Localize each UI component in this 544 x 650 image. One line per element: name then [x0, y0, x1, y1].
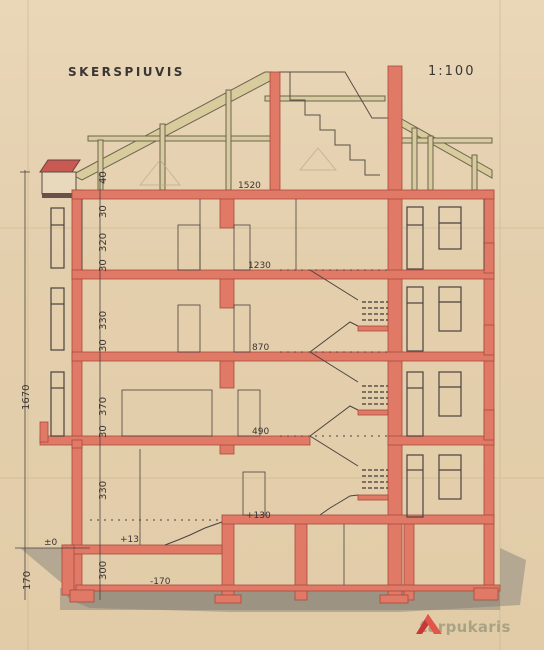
- dim-basement-depth: 170: [22, 571, 33, 590]
- windows-right: [407, 207, 461, 517]
- ground-shading: [20, 548, 526, 612]
- dim-slab-2: 30: [98, 339, 109, 352]
- dim-slab-top: 30: [98, 205, 109, 218]
- attic-stair: [278, 72, 388, 175]
- dim-storey-3: 330: [98, 311, 109, 330]
- dim-storey-4: 320: [98, 233, 109, 252]
- watermark: tarpukaris: [414, 612, 511, 642]
- level-490: 490: [252, 427, 269, 437]
- level-870: 870: [252, 343, 269, 353]
- roof-structure: [72, 72, 492, 190]
- level-1520: 1520: [238, 181, 261, 191]
- level-1230: 1230: [248, 261, 271, 271]
- drawing-sheet: 1670 40 30 320 30 330 30 370 30 330 300 …: [0, 0, 544, 650]
- room-outlines: [82, 199, 484, 585]
- dotted-lines: [90, 270, 388, 520]
- level-basement: -170: [150, 577, 171, 587]
- cross-section-drawing: 1670 40 30 320 30 330 30 370 30 330 300 …: [0, 0, 544, 650]
- tarpukaris-logo-icon: [414, 612, 444, 636]
- drawing-scale: 1:100: [428, 64, 475, 79]
- level-street: ±0: [44, 538, 58, 548]
- dim-slab-3: 30: [98, 259, 109, 272]
- dim-basement-height: 300: [98, 561, 109, 580]
- level-130: +130: [246, 511, 271, 521]
- windows-left: [51, 208, 64, 436]
- dim-storey-1: 330: [98, 481, 109, 500]
- level-13: +13: [120, 535, 139, 545]
- dim-storey-2: 370: [98, 397, 109, 416]
- staircases: [165, 270, 358, 545]
- cornice-left: [40, 160, 80, 172]
- drawing-title: SKERSPIUVIS: [68, 65, 185, 79]
- dim-slab-1: 30: [98, 425, 109, 438]
- dim-attic-wall: 40: [98, 171, 109, 184]
- dim-total-height: 1670: [21, 385, 32, 410]
